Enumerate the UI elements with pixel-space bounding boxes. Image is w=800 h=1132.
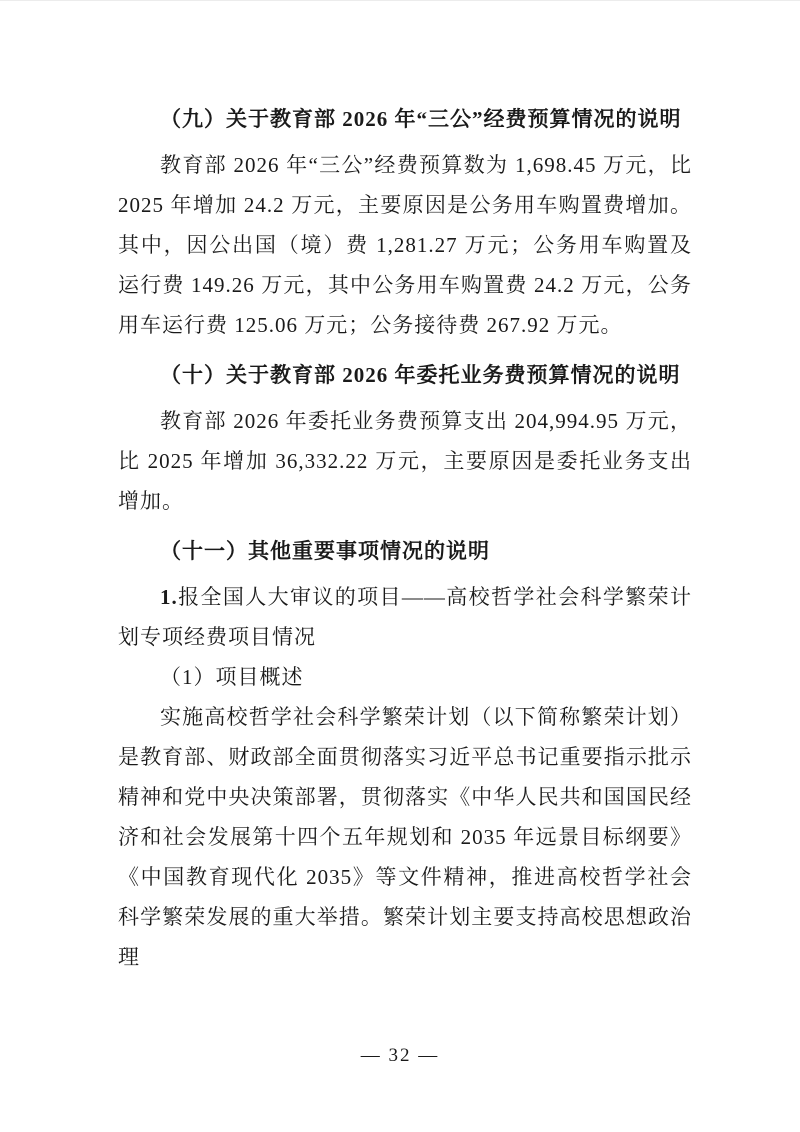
document-page: （九）关于教育部 2026 年“三公”经费预算情况的说明 教育部 2026 年“…	[0, 0, 800, 1132]
subitem-title: 报全国人大审议的项目——高校哲学社会科学繁荣计划专项经费项目情况	[118, 585, 692, 649]
heading-section-ten-entrusted-business: （十）关于教育部 2026 年委托业务费预算情况的说明	[118, 355, 692, 395]
paragraph-entrusted-business-detail: 教育部 2026 年委托业务费预算支出 204,994.95 万元，比 2025…	[118, 401, 692, 521]
document-content: （九）关于教育部 2026 年“三公”经费预算情况的说明 教育部 2026 年“…	[118, 89, 692, 977]
paragraph-sangong-budget-detail: 教育部 2026 年“三公”经费预算数为 1,698.45 万元，比 2025 …	[118, 145, 692, 345]
subitem-number: 1.	[160, 585, 178, 609]
heading-section-eleven-other-matters: （十一）其他重要事项情况的说明	[118, 531, 692, 571]
paragraph-project-overview-detail: 实施高校哲学社会科学繁荣计划（以下简称繁荣计划）是教育部、财政部全面贯彻落实习近…	[118, 697, 692, 977]
subitem-npc-reviewed-project: 1.报全国人大审议的项目——高校哲学社会科学繁荣计划专项经费项目情况	[118, 577, 692, 657]
label-project-overview: （1）项目概述	[118, 657, 692, 697]
page-number: — 32 —	[0, 1045, 800, 1067]
heading-section-nine-sangong-budget: （九）关于教育部 2026 年“三公”经费预算情况的说明	[118, 99, 692, 139]
